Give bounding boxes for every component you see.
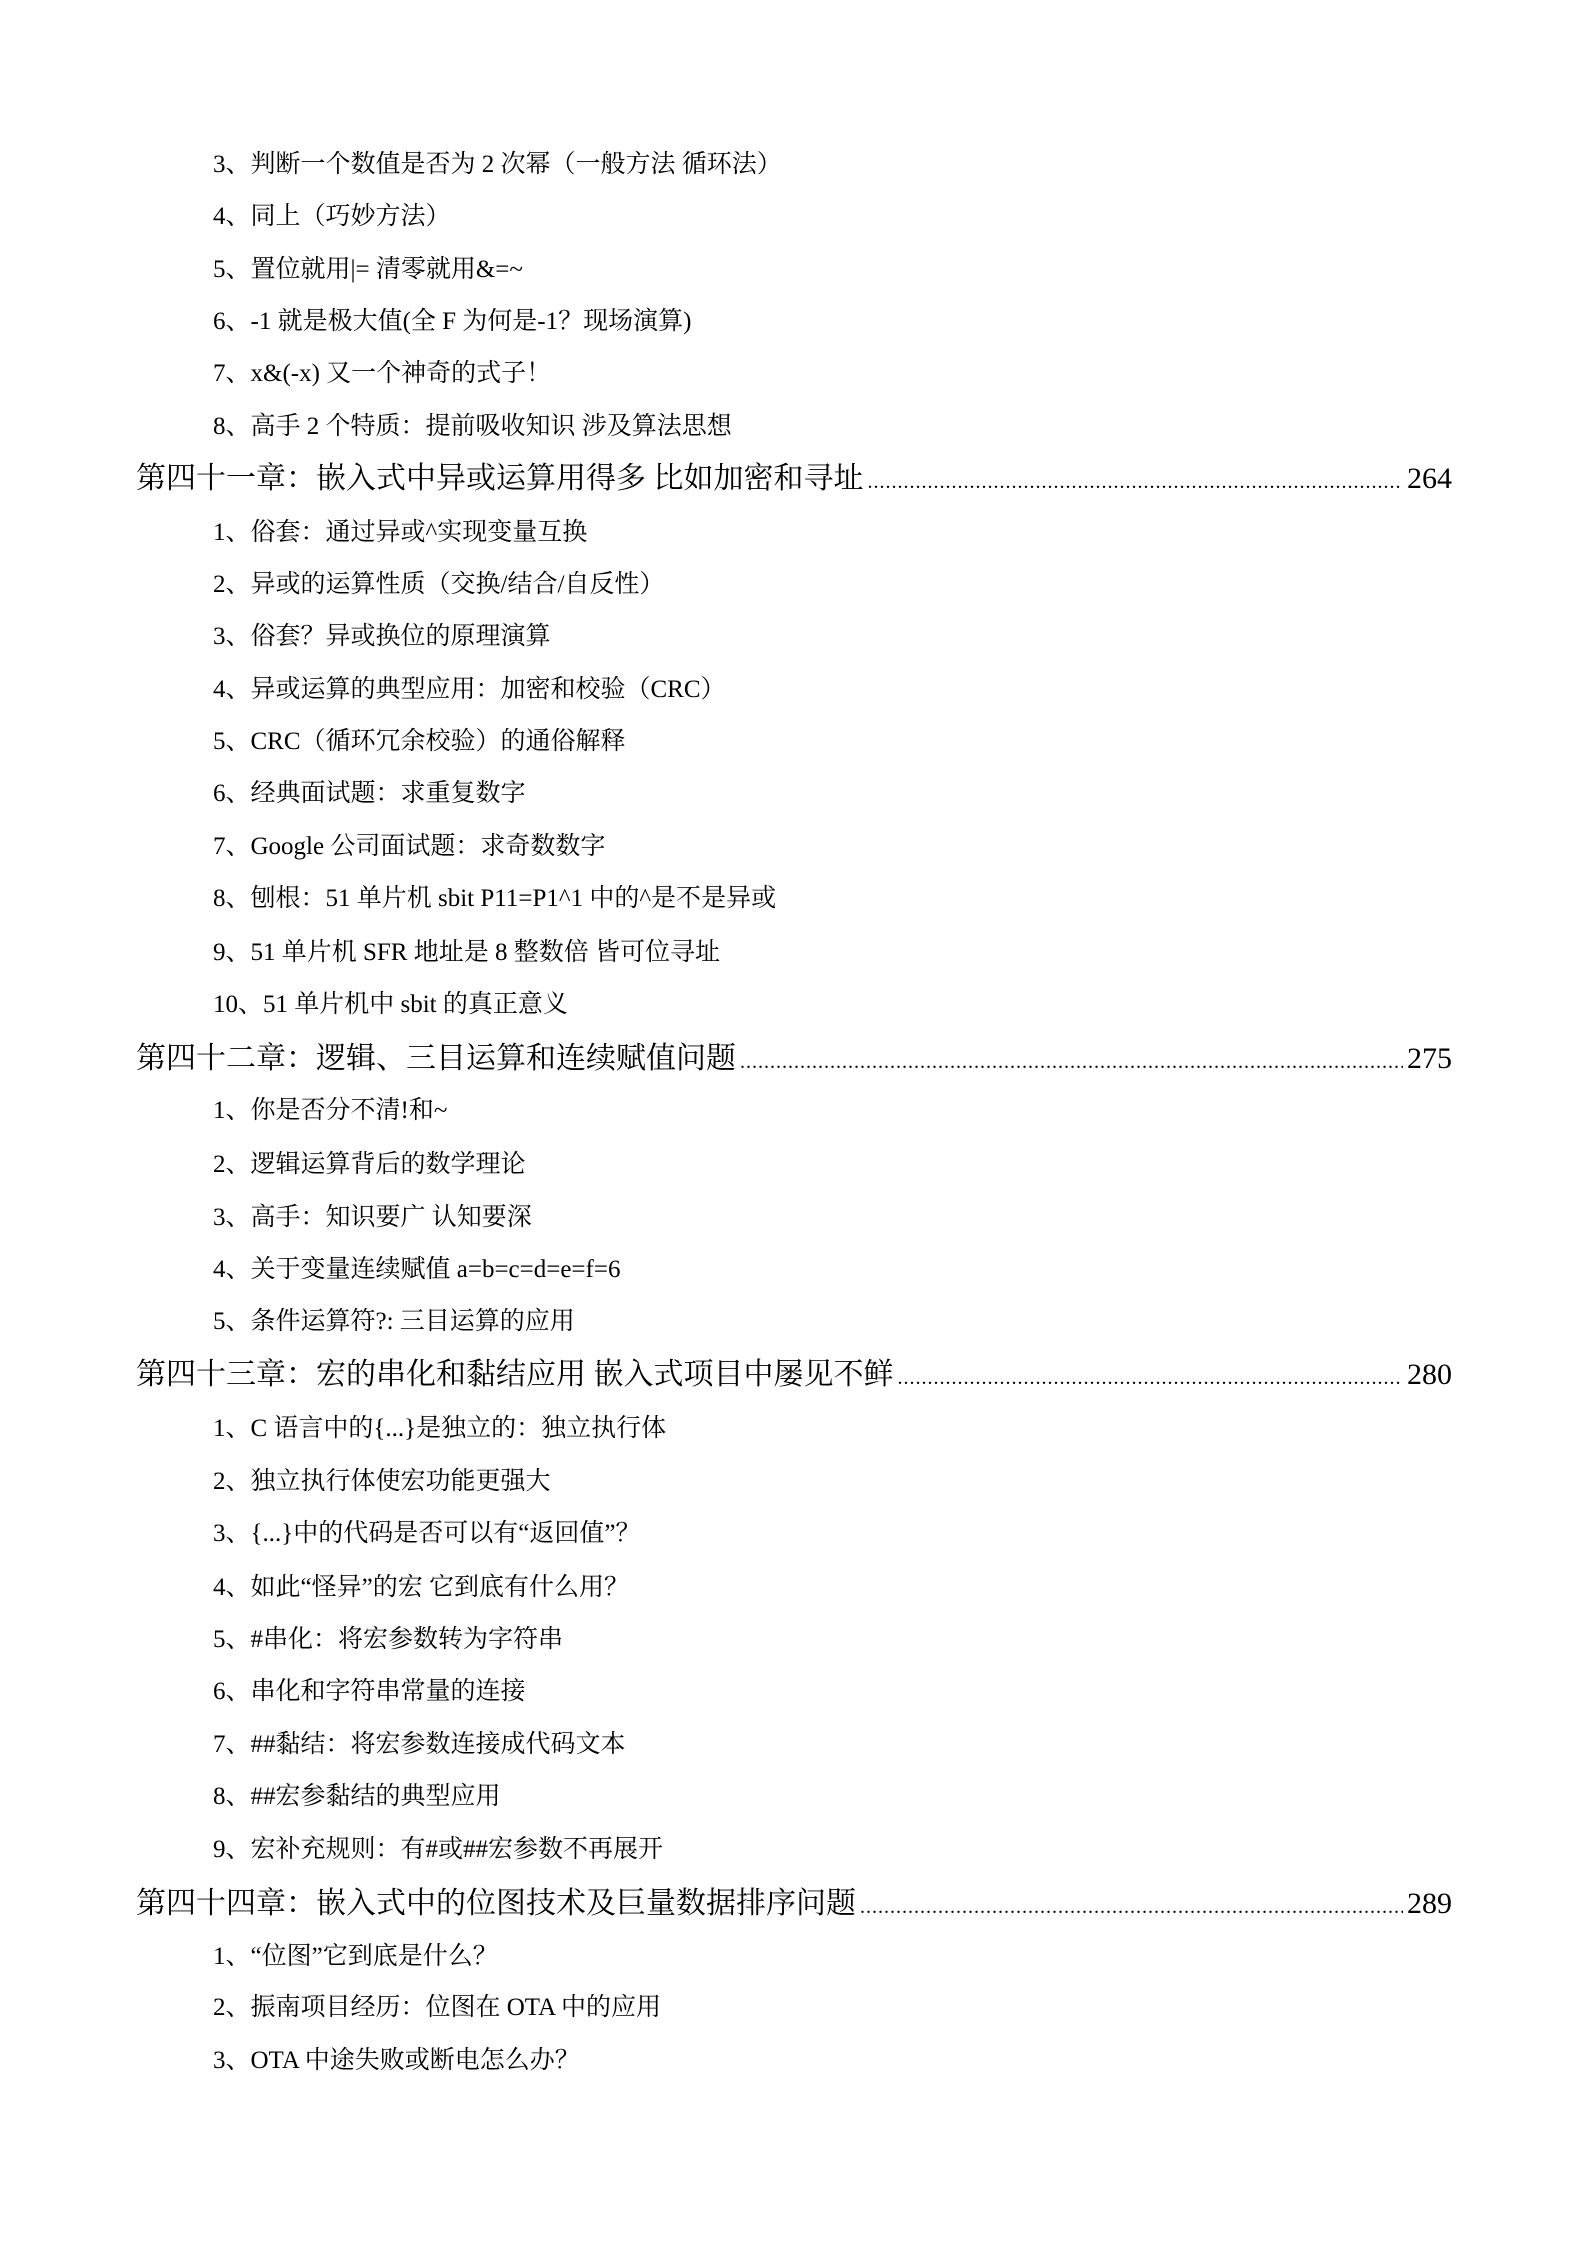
toc-section-entry[interactable]: 7、Google 公司面试题：求奇数数字 xyxy=(213,834,605,859)
toc-section-entry[interactable]: 7、x&(-x) 又一个神奇的式子！ xyxy=(213,361,551,386)
toc-section-entry[interactable]: 3、{...}中的代码是否可以有“返回值”？ xyxy=(213,1521,640,1546)
toc-section-entry[interactable]: 8、刨根：51 单片机 sbit P11=P1^1 中的^是不是异或 xyxy=(213,886,776,911)
toc-section-entry[interactable]: 1、你是否分不清!和~ xyxy=(213,1098,447,1123)
toc-section-entry[interactable]: 1、C 语言中的{...}是独立的：独立执行体 xyxy=(213,1416,666,1441)
toc-section-entry[interactable]: 5、#串化：将宏参数转为字符串 xyxy=(213,1627,563,1652)
toc-section-entry[interactable]: 6、经典面试题：求重复数字 xyxy=(213,781,526,806)
toc-section-entry[interactable]: 2、异或的运算性质（交换/结合/自反性） xyxy=(213,572,664,597)
toc-section-entry[interactable]: 3、OTA 中途失败或断电怎么办？ xyxy=(213,2048,580,2073)
toc-section-entry[interactable]: 2、逻辑运算背后的数学理论 xyxy=(213,1152,526,1177)
toc-section-entry[interactable]: 9、51 单片机 SFR 地址是 8 整数倍 皆可位寻址 xyxy=(213,940,720,965)
dot-leader xyxy=(740,1052,1403,1072)
toc-section-entry[interactable]: 5、CRC（循环冗余校验）的通俗解释 xyxy=(213,729,626,754)
toc-chapter-entry[interactable]: 第四十一章：嵌入式中异或运算用得多 比如加密和寻址264 xyxy=(136,464,1452,494)
toc-section-entry[interactable]: 2、振南项目经历：位图在 OTA 中的应用 xyxy=(213,1995,661,2020)
dot-leader xyxy=(868,472,1404,492)
toc-section-entry[interactable]: 6、-1 就是极大值(全 F 为何是-1？现场演算) xyxy=(213,309,691,334)
toc-chapter-entry[interactable]: 第四十二章：逻辑、三目运算和连续赋值问题275 xyxy=(136,1044,1452,1074)
toc-section-entry[interactable]: 5、条件运算符?: 三目运算的应用 xyxy=(213,1309,575,1334)
toc-chapter-entry[interactable]: 第四十四章：嵌入式中的位图技术及巨量数据排序问题289 xyxy=(136,1889,1452,1919)
page-number: 275 xyxy=(1407,1044,1452,1074)
toc-chapter-entry[interactable]: 第四十三章：宏的串化和黏结应用 嵌入式项目中屡见不鲜280 xyxy=(136,1360,1452,1390)
chapter-title: 第四十一章：嵌入式中异或运算用得多 比如加密和寻址 xyxy=(136,464,864,494)
toc-section-entry[interactable]: 4、关于变量连续赋值 a=b=c=d=e=f=6 xyxy=(213,1257,620,1282)
toc-section-entry[interactable]: 5、置位就用|= 清零就用&=~ xyxy=(213,257,523,282)
dot-leader xyxy=(898,1368,1404,1388)
chapter-title: 第四十四章：嵌入式中的位图技术及巨量数据排序问题 xyxy=(136,1889,856,1919)
toc-section-entry[interactable]: 4、同上（巧妙方法） xyxy=(213,204,451,229)
toc-section-entry[interactable]: 9、宏补充规则：有#或##宏参数不再展开 xyxy=(213,1837,663,1862)
toc-section-entry[interactable]: 3、俗套？异或换位的原理演算 xyxy=(213,624,551,649)
toc-section-entry[interactable]: 3、判断一个数值是否为 2 次幂（一般方法 循环法） xyxy=(213,152,782,177)
toc-section-entry[interactable]: 2、独立执行体使宏功能更强大 xyxy=(213,1469,551,1494)
toc-section-entry[interactable]: 4、异或运算的典型应用：加密和校验（CRC） xyxy=(213,677,726,702)
toc-section-entry[interactable]: 8、高手 2 个特质：提前吸收知识 涉及算法思想 xyxy=(213,414,732,439)
toc-section-entry[interactable]: 10、51 单片机中 sbit 的真正意义 xyxy=(213,992,568,1017)
toc-section-entry[interactable]: 1、“位图”它到底是什么？ xyxy=(213,1944,498,1969)
chapter-title: 第四十三章：宏的串化和黏结应用 嵌入式项目中屡见不鲜 xyxy=(136,1360,894,1390)
chapter-title: 第四十二章：逻辑、三目运算和连续赋值问题 xyxy=(136,1044,736,1074)
toc-section-entry[interactable]: 1、俗套：通过异或^实现变量互换 xyxy=(213,520,587,545)
toc-section-entry[interactable]: 7、##黏结：将宏参数连接成代码文本 xyxy=(213,1732,626,1757)
toc-section-entry[interactable]: 8、##宏参黏结的典型应用 xyxy=(213,1784,501,1809)
page-number: 289 xyxy=(1407,1889,1452,1919)
toc-section-entry[interactable]: 3、高手：知识要广 认知要深 xyxy=(213,1205,532,1230)
page-number: 264 xyxy=(1407,464,1452,494)
toc-section-entry[interactable]: 6、串化和字符串常量的连接 xyxy=(213,1679,526,1704)
page-number: 280 xyxy=(1407,1360,1452,1390)
dot-leader xyxy=(860,1897,1403,1917)
toc-section-entry[interactable]: 4、如此“怪异”的宏 它到底有什么用？ xyxy=(213,1575,629,1600)
